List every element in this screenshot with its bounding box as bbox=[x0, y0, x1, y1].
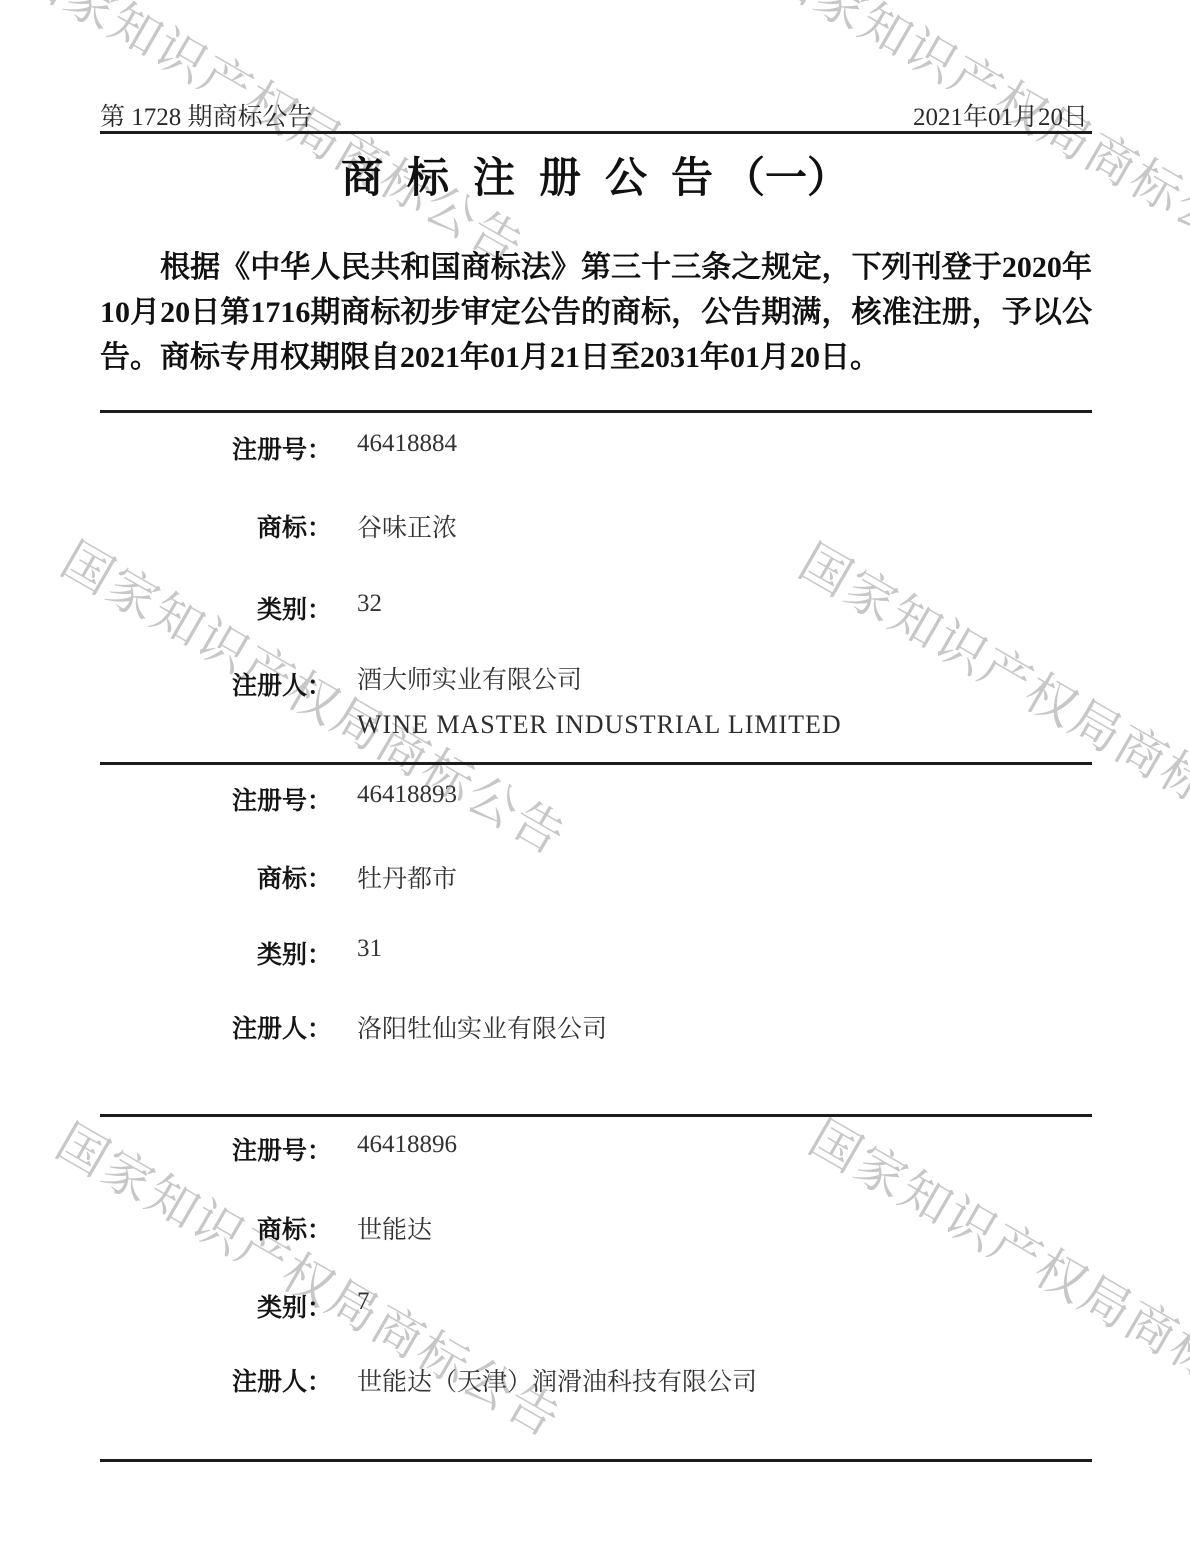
category-label: 类别： bbox=[100, 1288, 332, 1324]
gazette-date: 2021年01月20日 bbox=[913, 97, 1088, 133]
entry2-mark-row: 商标： 牡丹都市 bbox=[0, 859, 1190, 899]
entry1-category-row: 类别： 32 bbox=[0, 590, 1190, 630]
mark-value: 牡丹都市 bbox=[357, 859, 1077, 895]
registrant-label: 注册人： bbox=[100, 666, 332, 702]
entry-rule-1 bbox=[100, 762, 1092, 765]
mark-label: 商标： bbox=[100, 508, 332, 544]
intro-paragraph: 根据《中华人民共和国商标法》第三十三条之规定，下列刊登于2020年10月20日第… bbox=[100, 245, 1092, 380]
gazette-page: 国家知识产权局商标公告 国家知识产权局商标公告 国家知识产权局商标公告 国家知识… bbox=[0, 0, 1190, 1564]
category-label: 类别： bbox=[100, 590, 332, 626]
reg-no-label: 注册号： bbox=[100, 781, 332, 817]
registrant-label: 注册人： bbox=[100, 1009, 332, 1045]
reg-no-value: 46418884 bbox=[357, 430, 1077, 458]
entry2-reg-no-row: 注册号： 46418893 bbox=[0, 781, 1190, 821]
entry3-category-row: 类别： 7 bbox=[0, 1288, 1190, 1328]
category-value: 7 bbox=[357, 1288, 1077, 1316]
entry3-mark-row: 商标： 世能达 bbox=[0, 1210, 1190, 1250]
registrant-value: 世能达（天津）润滑油科技有限公司 bbox=[357, 1362, 1077, 1398]
entry1-reg-no-row: 注册号： 46418884 bbox=[0, 430, 1190, 470]
entry2-registrant-row: 注册人： 洛阳牡仙实业有限公司 bbox=[0, 1009, 1190, 1049]
registrant-label: 注册人： bbox=[100, 1362, 332, 1398]
registrant-en-value: WINE MASTER INDUSTRIAL LIMITED bbox=[357, 710, 1077, 740]
page-title-suffix: （一） bbox=[723, 156, 849, 202]
category-value: 31 bbox=[357, 935, 1077, 963]
entry-rule-2 bbox=[100, 1114, 1092, 1117]
page-content: 第 1728 期商标公告 2021年01月20日 商标注册公告（一） 根据《中华… bbox=[0, 0, 1190, 1564]
registrant-value: 酒大师实业有限公司 bbox=[357, 666, 1077, 696]
reg-no-label: 注册号： bbox=[100, 430, 332, 466]
category-value: 32 bbox=[357, 590, 1077, 618]
mark-label: 商标： bbox=[100, 1210, 332, 1246]
header-rule bbox=[100, 131, 1092, 134]
entry3-reg-no-row: 注册号： 46418896 bbox=[0, 1131, 1190, 1171]
entry1-mark-row: 商标： 谷味正浓 bbox=[0, 508, 1190, 548]
reg-no-label: 注册号： bbox=[100, 1131, 332, 1167]
category-label: 类别： bbox=[100, 935, 332, 971]
reg-no-value: 46418893 bbox=[357, 781, 1077, 809]
gazette-issue: 第 1728 期商标公告 bbox=[100, 97, 313, 133]
mark-value: 世能达 bbox=[357, 1210, 1077, 1246]
mark-label: 商标： bbox=[100, 859, 332, 895]
page-title-main: 商标注册公告 bbox=[341, 156, 737, 202]
entry2-category-row: 类别： 31 bbox=[0, 935, 1190, 975]
page-title: 商标注册公告（一） bbox=[0, 145, 1190, 205]
page-bottom-rule bbox=[100, 1459, 1092, 1462]
registrant-value: 洛阳牡仙实业有限公司 bbox=[357, 1009, 1077, 1045]
mark-value: 谷味正浓 bbox=[357, 508, 1077, 544]
entry3-registrant-row: 注册人： 世能达（天津）润滑油科技有限公司 bbox=[0, 1362, 1190, 1402]
reg-no-value: 46418896 bbox=[357, 1131, 1077, 1159]
intro-rule bbox=[100, 410, 1092, 413]
entry1-registrant-row: 注册人： 酒大师实业有限公司 WINE MASTER INDUSTRIAL LI… bbox=[0, 666, 1190, 756]
